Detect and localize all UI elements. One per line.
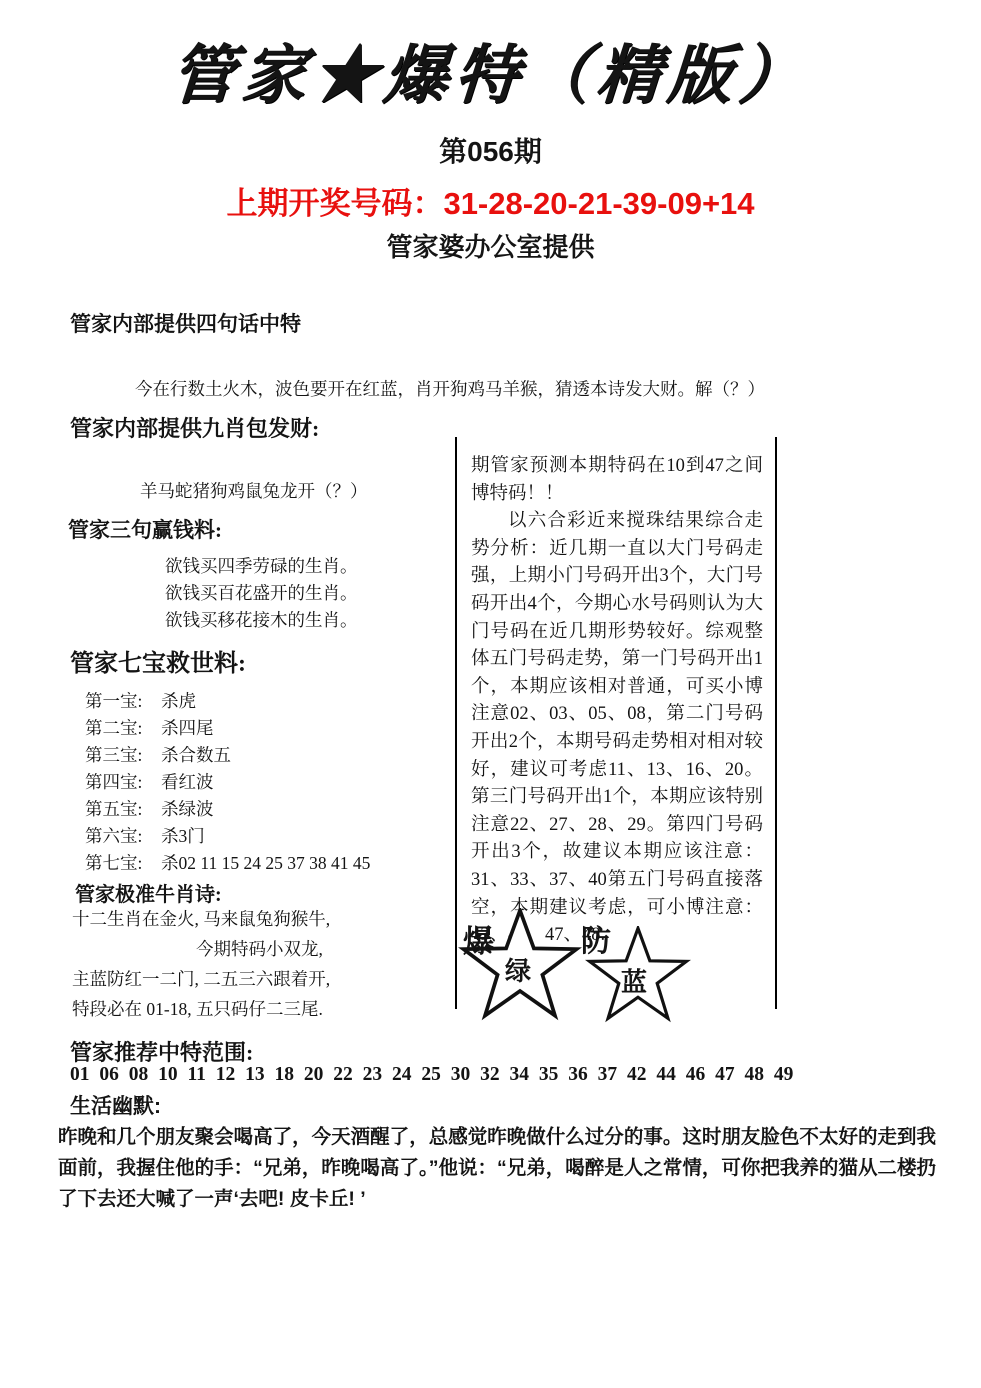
lottery-flyer-page: 管家★爆特（精版） 第056期 上期开奖号码：31-28-20-21-39-09… xyxy=(0,0,981,1388)
section-heading-humor: 生活幽默: xyxy=(70,1090,161,1120)
treasure-row: 第六宝: 杀3门 xyxy=(85,823,205,848)
star-label-burst: 爆 xyxy=(463,916,494,961)
ox-poem-line: 特段必在 01-18, 五只码仔二三尾. xyxy=(72,996,323,1021)
treasure-label: 第一宝: xyxy=(85,688,147,713)
humor-paragraph: 昨晚和几个朋友聚会喝高了，今天酒醒了，总感觉昨晚做什么过分的事。这时朋友脸色不太… xyxy=(58,1122,936,1215)
treasure-label: 第四宝: xyxy=(85,769,147,794)
star-label-guard: 防 xyxy=(581,916,611,960)
section-heading-three-sentence: 管家三句赢钱料: xyxy=(68,514,222,544)
treasure-value: 杀虎 xyxy=(161,688,196,713)
ox-poem-line: 今期特码小双龙, xyxy=(196,936,323,961)
treasure-value: 杀3门 xyxy=(161,823,205,848)
treasure-row: 第一宝: 杀虎 xyxy=(85,688,196,713)
section-heading-four-sentence: 管家内部提供四句话中特 xyxy=(70,308,301,338)
treasure-row: 第三宝: 杀合数五 xyxy=(85,742,231,767)
treasure-value: 杀绿波 xyxy=(161,796,214,821)
star-label-green: 绿 xyxy=(505,951,531,988)
treasure-label: 第七宝: xyxy=(85,850,147,875)
treasure-label: 第二宝: xyxy=(85,715,147,740)
treasure-row: 第四宝: 看红波 xyxy=(85,769,214,794)
prediction-paragraph-2: 以六合彩近来搅珠结果综合走势分析：近几期一直以大门号码走强，上期小门号码开出3个… xyxy=(471,508,763,950)
treasure-value: 杀02 11 15 24 25 37 38 41 45 xyxy=(161,850,370,875)
four-sentence-verse: 今在行数土火木，波色要开在红蓝，肖开狗鸡马羊猴，猜透本诗发大财。解（？） xyxy=(135,376,765,401)
recommend-range-numbers: 01 06 08 10 11 12 13 18 20 22 23 24 25 3… xyxy=(70,1064,793,1086)
provider-line: 管家婆办公室提供 xyxy=(0,227,981,264)
nine-zodiac-line: 羊马蛇猪狗鸡鼠兔龙开（？） xyxy=(140,478,368,503)
three-sentence-line: 欲钱买移花接木的生肖。 xyxy=(165,607,358,632)
treasure-value: 杀合数五 xyxy=(161,742,231,767)
section-heading-nine-zodiac: 管家内部提供九肖包发财: xyxy=(70,412,319,443)
ox-poem-line: 主蓝防红一二门, 二五三六跟着开, xyxy=(72,966,330,991)
treasure-row: 第二宝: 杀四尾 xyxy=(85,715,214,740)
treasure-row: 第七宝: 杀02 11 15 24 25 37 38 41 45 xyxy=(85,850,370,875)
three-sentence-line: 欲钱买四季劳碌的生肖。 xyxy=(165,553,358,578)
section-heading-recommend-range: 管家推荐中特范围: xyxy=(70,1036,253,1067)
section-heading-seven-treasures: 管家七宝救世料: xyxy=(70,643,246,678)
treasure-label: 第五宝: xyxy=(85,796,147,821)
page-title: 管家★爆特（精版） xyxy=(0,24,981,116)
star-label-blue: 蓝 xyxy=(621,962,647,999)
ox-poem-line: 十二生肖在金火, 马来鼠兔狗猴牛, xyxy=(72,906,330,931)
prediction-paragraph-1: 期管家预测本期特码在10到47之间博特码！！ xyxy=(471,453,763,508)
issue-number: 第056期 xyxy=(0,130,981,170)
treasure-value: 杀四尾 xyxy=(161,715,214,740)
last-draw-numbers: 上期开奖号码：31-28-20-21-39-09+14 xyxy=(0,178,981,223)
treasure-label: 第六宝: xyxy=(85,823,147,848)
treasure-label: 第三宝: xyxy=(85,742,147,767)
treasure-row: 第五宝: 杀绿波 xyxy=(85,796,214,821)
section-heading-ox-poem: 管家极准牛肖诗: xyxy=(75,878,222,907)
three-sentence-line: 欲钱买百花盛开的生肖。 xyxy=(165,580,358,605)
treasure-value: 看红波 xyxy=(161,769,214,794)
